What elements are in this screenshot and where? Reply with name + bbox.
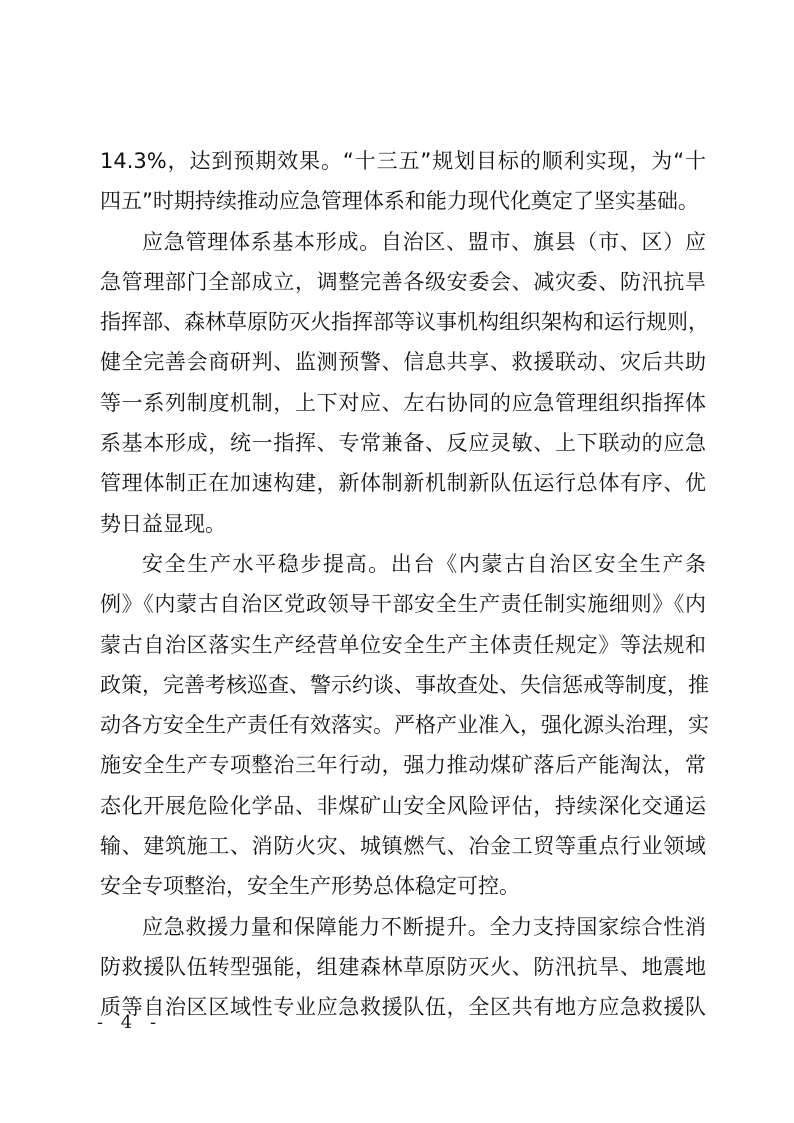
text-line: 输、建筑施工、消防火灾、城镇燃气、冶金工贸等重点行业领域 [100,826,706,866]
text-line: 动各方安全生产责任有效落实。严格产业准入，强化源头治理，实 [100,705,706,745]
text-line: 健全完善会商研判、监测预警、信息共享、救援联动、灾后共助 [100,342,706,382]
text-line: 态化开展危险化学品、非煤矿山安全风险评估，持续深化交通运 [100,786,706,826]
text-line: 势日益显现。 [100,504,706,544]
text-line: 管理体制正在加速构建，新体制新机制新队伍运行总体有序、优 [100,463,706,503]
text-line: 系基本形成，统一指挥、专常兼备、反应灵敏、上下联动的应急 [100,423,706,463]
paragraph-production-safety: 安全生产水平稳步提高。出台《内蒙古自治区安全生产条 例》《内蒙古自治区党政领导干… [100,544,706,907]
text-line: 质等自治区区域性专业应急救援队伍，全区共有地方应急救援队 [100,987,706,1027]
paragraph-continuation: 14.3%，达到预期效果。“十三五”规划目标的顺利实现，为“十 四五”时期持续推… [100,141,706,222]
text-line: 防救援队伍转型强能，组建森林草原防灭火、防汛抗旱、地震地 [100,947,706,987]
text-line: 指挥部、森林草原防灭火指挥部等议事机构组织架构和运行规则， [100,302,706,342]
text-line: 应急救援力量和保障能力不断提升。全力支持国家综合性消 [100,907,706,947]
document-page: 14.3%，达到预期效果。“十三五”规划目标的顺利实现，为“十 四五”时期持续推… [0,0,794,1123]
text-line: 例》《内蒙古自治区党政领导干部安全生产责任制实施细则》《内 [100,584,706,624]
body-text: 14.3%，达到预期效果。“十三五”规划目标的顺利实现，为“十 四五”时期持续推… [100,141,706,1028]
text-line: 应急管理体系基本形成。自治区、盟市、旗县（市、区）应 [100,222,706,262]
text-line: 施安全生产专项整治三年行动，强力推动煤矿落后产能淘汰，常 [100,745,706,785]
paragraph-rescue-capacity: 应急救援力量和保障能力不断提升。全力支持国家综合性消 防救援队伍转型强能，组建森… [100,907,706,1028]
text-line: 安全生产水平稳步提高。出台《内蒙古自治区安全生产条 [100,544,706,584]
text-line: 等一系列制度机制，上下对应、左右协同的应急管理组织指挥体 [100,383,706,423]
text-line: 蒙古自治区落实生产经营单位安全生产主体责任规定》等法规和 [100,625,706,665]
text-line: 四五”时期持续推动应急管理体系和能力现代化奠定了坚实基础。 [100,181,706,221]
text-line: 安全专项整治，安全生产形势总体稳定可控。 [100,866,706,906]
text-line: 政策，完善考核巡查、警示约谈、事故查处、失信惩戒等制度，推 [100,665,706,705]
page-number: - 4 - [97,1012,162,1033]
paragraph-emergency-system: 应急管理体系基本形成。自治区、盟市、旗县（市、区）应 急管理部门全部成立，调整完… [100,222,706,544]
text-line: 急管理部门全部成立，调整完善各级安委会、减灾委、防汛抗旱 [100,262,706,302]
text-line: 14.3%，达到预期效果。“十三五”规划目标的顺利实现，为“十 [100,141,706,181]
